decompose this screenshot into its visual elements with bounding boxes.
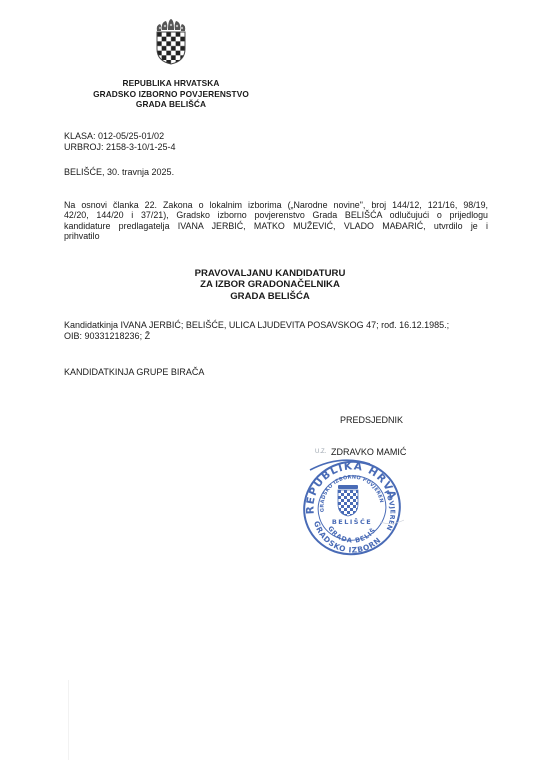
candidate-type: KANDIDATKINJA GRUPE BIRAČA [64,367,204,377]
header-country: REPUBLIKA HRVATSKA [60,78,282,89]
decision-title-line: ZA IZBOR GRADONAČELNIKA [150,279,390,290]
candidate-details: Kandidatkinja IVANA JERBIĆ; BELIŠĆE, ULI… [64,320,494,341]
body-line: 42/20, 144/20 i 37/21), Gradsko izborno … [64,210,488,220]
candidate-line: OIB: 90331218236; Ž [64,331,494,342]
candidate-line: Kandidatkinja IVANA JERBIĆ; BELIŠĆE, ULI… [64,320,494,331]
place-date: BELIŠĆE, 30. travnja 2025. [64,167,174,177]
header-commission: GRADSKO IZBORNO POVJERENSTVO [60,89,282,100]
reference-block: KLASA: 012-05/25-01/02 URBROJ: 2158-3-10… [64,131,176,152]
seal-center-text: BELIŠĆE [332,517,372,526]
issuer-header: REPUBLIKA HRVATSKA GRADSKO IZBORNO POVJE… [60,78,282,110]
official-seal-stamp: REPUBLIKA HRVATSKA GRADSKO IZBORNO POVJE… [300,456,404,560]
scan-margin-line [68,680,69,760]
urbroj: URBROJ: 2158-3-10/1-25-4 [64,142,176,153]
decision-title-line: PRAVOVALJANU KANDIDATURU [150,268,390,279]
body-paragraph: Na osnovi članka 22. Zakona o lokalnim i… [64,200,488,241]
body-line: Na osnovi članka 22. Zakona o lokalnim i… [64,200,488,210]
decision-title-line: GRADA BELIŠĆA [150,291,390,302]
coat-of-arms-icon [155,19,187,65]
header-city: GRADA BELIŠĆA [60,99,282,110]
body-line: prihvatilo [64,231,488,241]
decision-title: PRAVOVALJANU KANDIDATURU ZA IZBOR GRADON… [150,268,390,302]
president-title: PREDSJEDNIK [340,415,403,425]
klasa: KLASA: 012-05/25-01/02 [64,131,176,142]
body-line: kandidature predlagatelja IVANA JERBIĆ, … [64,221,488,231]
signer-prefix: U.Z. [315,449,326,455]
